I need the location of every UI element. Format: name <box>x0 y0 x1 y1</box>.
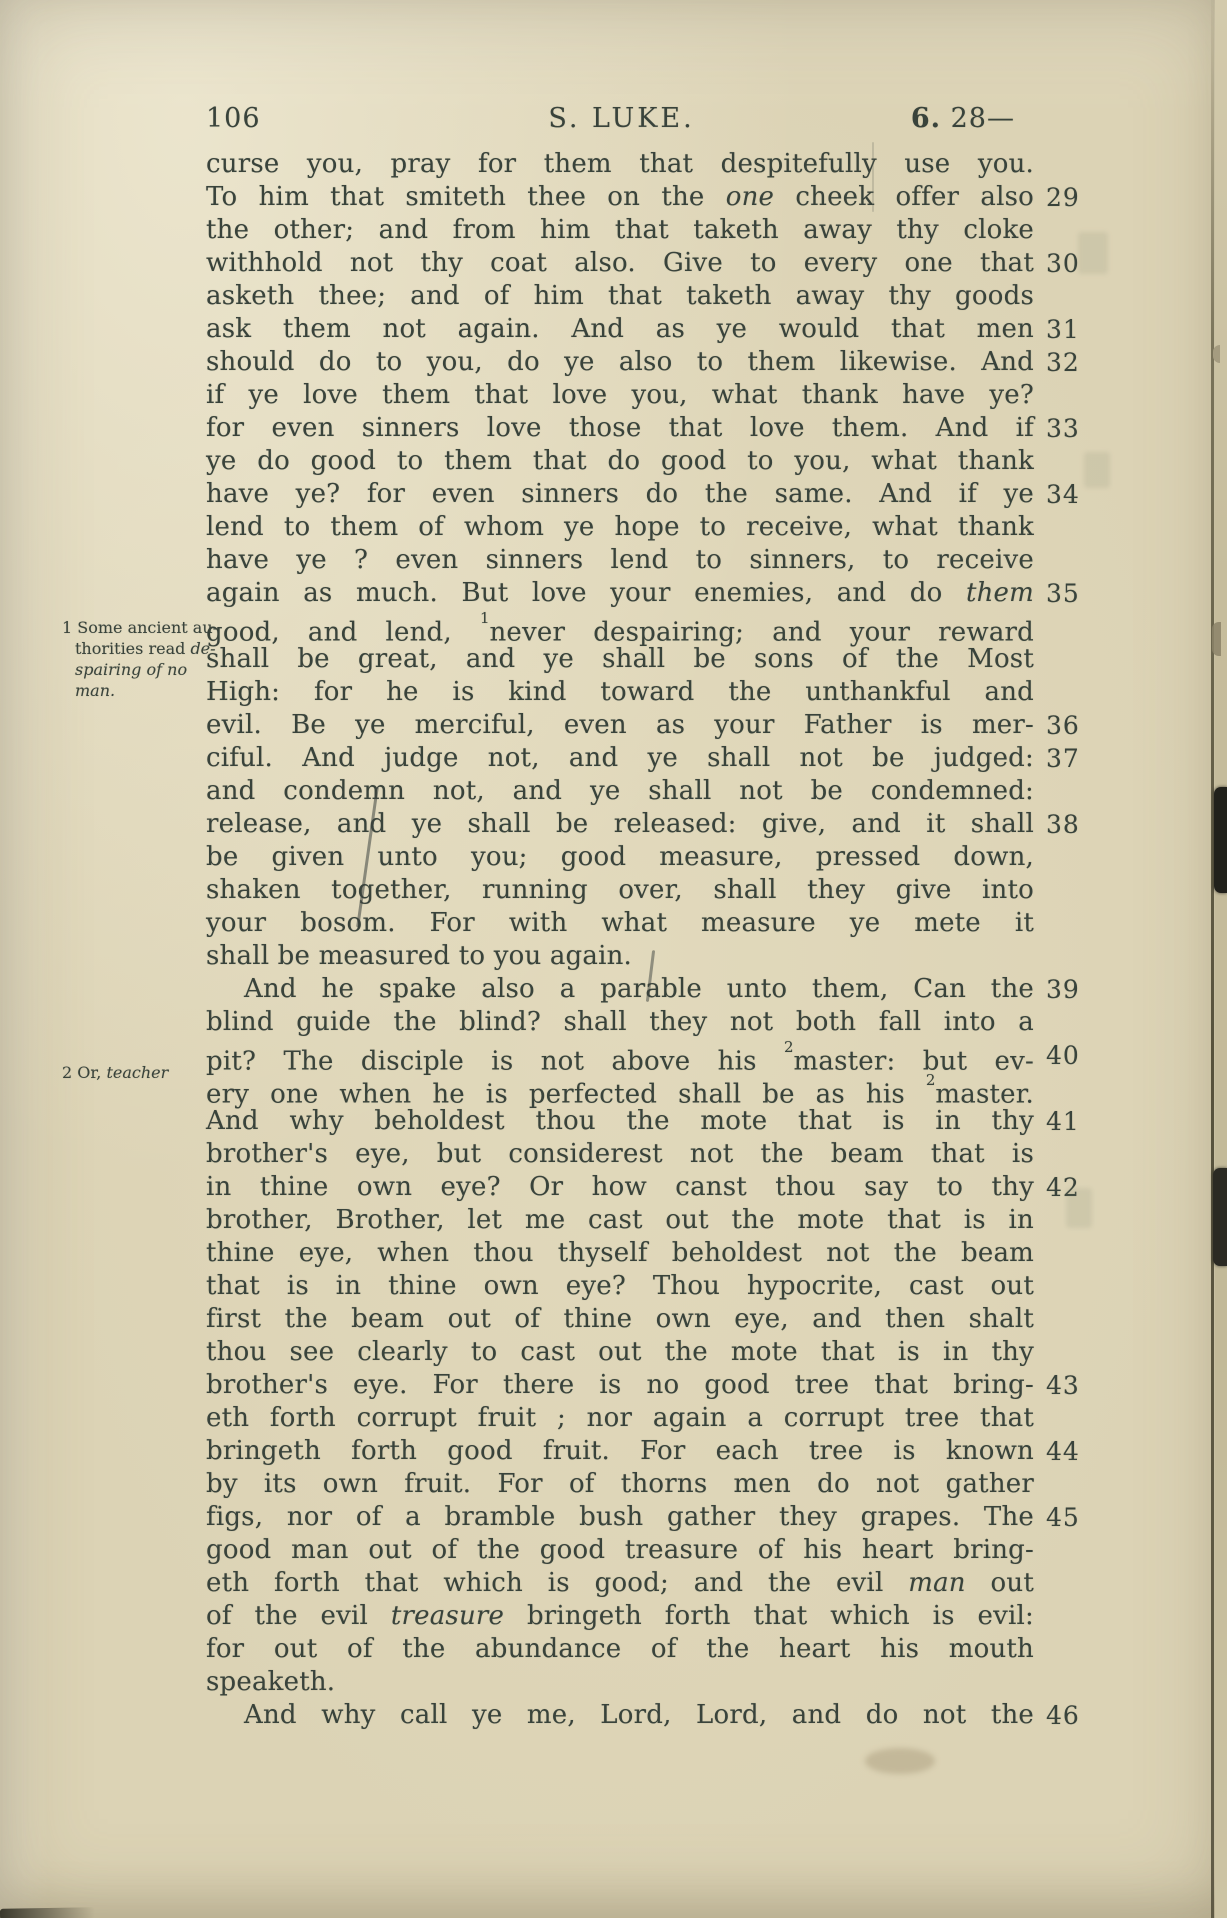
page-header: 106 S. LUKE. 6. 28— <box>0 103 1227 139</box>
text-line: be given unto you; good measure, pressed… <box>206 841 1037 874</box>
text-line-content: eth forth corrupt fruit ; nor again a co… <box>206 1402 1034 1435</box>
text-line: blind guide the blind? shall they not bo… <box>206 1006 1037 1039</box>
paper-stain <box>865 1748 935 1774</box>
text-line: ciful. And judge not, and ye shall not b… <box>206 742 1037 775</box>
verse-number: 39 <box>1046 973 1080 1006</box>
text-line-content: High: for he is kind toward the unthankf… <box>206 676 1034 709</box>
text-line: again as much. But love your enemies, an… <box>206 577 1037 610</box>
text-line-content: brother's eye. For there is no good tree… <box>206 1369 1034 1402</box>
text-line-content: And why call ye me, Lord, Lord, and do n… <box>206 1699 1034 1732</box>
verse-number: 36 <box>1046 709 1080 742</box>
verse-number: 44 <box>1046 1435 1080 1468</box>
text-line-content: release, and ye shall be released: give,… <box>206 808 1034 841</box>
text-line-content: And he spake also a parable unto them, C… <box>206 973 1034 1006</box>
text-line-content: ye do good to them that do good to you, … <box>206 445 1034 478</box>
verse-number: 31 <box>1046 313 1080 346</box>
text-line-content: of the evil treasure bringeth forth that… <box>206 1600 1034 1633</box>
text-line-content: for out of the abundance of the heart hi… <box>206 1633 1034 1666</box>
text-column: curse you, pray for them that despiteful… <box>206 148 1037 1732</box>
text-line: And why beholdest thou the mote that is … <box>206 1105 1037 1138</box>
text-line: eth forth corrupt fruit ; nor again a co… <box>206 1402 1037 1435</box>
text-line: and condemn not, and ye shall not be con… <box>206 775 1037 808</box>
text-line-content: first the beam out of thine own eye, and… <box>206 1303 1034 1336</box>
text-line-content: brother, Brother, let me cast out the mo… <box>206 1204 1034 1237</box>
bleed-through-ghost <box>1066 1188 1092 1228</box>
margin-note-line: spairing of no <box>62 659 242 680</box>
text-line: thine eye, when thou thyself beholdest n… <box>206 1237 1037 1270</box>
text-line: brother's eye. For there is no good tree… <box>206 1369 1037 1402</box>
text-line: asketh thee; and of him that taketh away… <box>206 280 1037 313</box>
text-line: To him that smiteth thee on the one chee… <box>206 181 1037 214</box>
bleed-through-ghost <box>1084 452 1110 488</box>
text-line-content: ciful. And judge not, and ye shall not b… <box>206 742 1034 775</box>
text-line: withhold not thy coat also. Give to ever… <box>206 247 1037 280</box>
text-line-content: have ye ? even sinners lend to sinners, … <box>206 544 1034 577</box>
text-line: figs, nor of a bramble bush gather they … <box>206 1501 1037 1534</box>
text-line-content: figs, nor of a bramble bush gather they … <box>206 1501 1034 1534</box>
text-line-content: in thine own eye? Or how canst thou say … <box>206 1171 1034 1204</box>
text-line-content: shall be measured to you again. <box>206 940 1034 973</box>
verse-number: 41 <box>1046 1105 1080 1138</box>
text-line-content: eth forth that which is good; and the ev… <box>206 1567 1034 1600</box>
text-line: have ye? for even sinners do the same. A… <box>206 478 1037 511</box>
verse-number: 38 <box>1046 808 1080 841</box>
text-line: eth forth that which is good; and the ev… <box>206 1567 1037 1600</box>
book-page-scan: 106 S. LUKE. 6. 28— curse you, pray for … <box>0 0 1227 1918</box>
text-line-content: good man out of the good treasure of his… <box>206 1534 1034 1567</box>
verse-number: 33 <box>1046 412 1080 445</box>
text-line: pit? The disciple is not above his 2mast… <box>206 1039 1037 1072</box>
text-line: shall be great, and ye shall be sons of … <box>206 643 1037 676</box>
faint-crease-mark <box>872 142 874 212</box>
text-line: evil. Be ye merciful, even as your Fathe… <box>206 709 1037 742</box>
text-line: good, and lend, 1never despairing; and y… <box>206 610 1037 643</box>
text-line-content: speaketh. <box>206 1666 1034 1699</box>
bleed-through-ghost <box>1078 232 1108 274</box>
text-line-content: your bosom. For with what measure ye met… <box>206 907 1034 940</box>
text-line: release, and ye shall be released: give,… <box>206 808 1037 841</box>
page-edge-dark-blob <box>1213 1168 1227 1266</box>
page-edge-small-mark <box>1213 345 1220 363</box>
text-line-content: for even sinners love those that love th… <box>206 412 1034 445</box>
text-line: shall be measured to you again. <box>206 940 1037 973</box>
text-line-content: that is in thine own eye? Thou hypocrite… <box>206 1270 1034 1303</box>
text-line: for even sinners love those that love th… <box>206 412 1037 445</box>
verse-number: 46 <box>1046 1699 1080 1732</box>
verse-number: 32 <box>1046 346 1080 379</box>
margin-note-line: 2 Or, teacher <box>62 1062 242 1083</box>
verse-number: 30 <box>1046 247 1080 280</box>
page-edge-strip <box>1215 0 1227 1918</box>
text-line: thou see clearly to cast out the mote th… <box>206 1336 1037 1369</box>
text-line: brother, Brother, let me cast out the mo… <box>206 1204 1037 1237</box>
margin-note-line: 1 Some ancient au- <box>62 617 242 638</box>
text-line: And why call ye me, Lord, Lord, and do n… <box>206 1699 1037 1732</box>
text-line: bringeth forth good fruit. For each tree… <box>206 1435 1037 1468</box>
bottom-left-edge-shadow <box>0 1907 95 1918</box>
text-line-content: shall be great, and ye shall be sons of … <box>206 643 1034 676</box>
text-line: speaketh. <box>206 1666 1037 1699</box>
text-line: if ye love them that love you, what than… <box>206 379 1037 412</box>
text-line: of the evil treasure bringeth forth that… <box>206 1600 1037 1633</box>
text-line-content: withhold not thy coat also. Give to ever… <box>206 247 1034 280</box>
text-line-content: asketh thee; and of him that taketh away… <box>206 280 1034 313</box>
text-line-content: bringeth forth good fruit. For each tree… <box>206 1435 1034 1468</box>
text-line: brother's eye, but considerest not the b… <box>206 1138 1037 1171</box>
text-line: curse you, pray for them that despiteful… <box>206 148 1037 181</box>
margin-note-line: man. <box>62 680 242 701</box>
text-line: ask them not again. And as ye would that… <box>206 313 1037 346</box>
verse-number: 43 <box>1046 1369 1080 1402</box>
text-line: have ye ? even sinners lend to sinners, … <box>206 544 1037 577</box>
text-line-content: again as much. But love your enemies, an… <box>206 577 1034 610</box>
page-edge-dark-blob <box>1214 787 1227 893</box>
verse-number: 29 <box>1046 181 1080 214</box>
text-line-content: lend to them of whom ye hope to receive,… <box>206 511 1034 544</box>
text-line: your bosom. For with what measure ye met… <box>206 907 1037 940</box>
text-line-content: And why beholdest thou the mote that is … <box>206 1105 1034 1138</box>
text-line: should do to you, do ye also to them lik… <box>206 346 1037 379</box>
verse-range: 28— <box>941 103 1015 134</box>
text-line: by its own fruit. For of thorns men do n… <box>206 1468 1037 1501</box>
verse-number: 37 <box>1046 742 1080 775</box>
text-line-content: have ye? for even sinners do the same. A… <box>206 478 1034 511</box>
text-line-content: shaken together, running over, shall the… <box>206 874 1034 907</box>
text-line: ye do good to them that do good to you, … <box>206 445 1037 478</box>
verse-number: 35 <box>1046 577 1080 610</box>
verse-number: 45 <box>1046 1501 1080 1534</box>
text-line: High: for he is kind toward the unthankf… <box>206 676 1037 709</box>
text-line-content: thine eye, when thou thyself beholdest n… <box>206 1237 1034 1270</box>
text-line-content: brother's eye, but considerest not the b… <box>206 1138 1034 1171</box>
text-line: ery one when he is perfected shall be as… <box>206 1072 1037 1105</box>
text-line-content: should do to you, do ye also to them lik… <box>206 346 1034 379</box>
text-line-content: curse you, pray for them that despiteful… <box>206 148 1034 181</box>
text-line: in thine own eye? Or how canst thou say … <box>206 1171 1037 1204</box>
text-line: And he spake also a parable unto them, C… <box>206 973 1037 1006</box>
page-edge-gray-mark <box>1212 622 1221 656</box>
margin-note-2: 2 Or, teacher <box>62 1062 242 1083</box>
text-line-content: ask them not again. And as ye would that… <box>206 313 1034 346</box>
text-line: that is in thine own eye? Thou hypocrite… <box>206 1270 1037 1303</box>
verse-number: 40 <box>1046 1039 1080 1072</box>
text-line: first the beam out of thine own eye, and… <box>206 1303 1037 1336</box>
text-line-content: be given unto you; good measure, pressed… <box>206 841 1034 874</box>
text-line-content: blind guide the blind? shall they not bo… <box>206 1006 1034 1039</box>
text-line-content: by its own fruit. For of thorns men do n… <box>206 1468 1034 1501</box>
margin-note-line: thorities read de- <box>62 638 242 659</box>
verse-number: 34 <box>1046 478 1080 511</box>
text-line: lend to them of whom ye hope to receive,… <box>206 511 1037 544</box>
text-line: the other; and from him that taketh away… <box>206 214 1037 247</box>
text-line-content: and condemn not, and ye shall not be con… <box>206 775 1034 808</box>
text-line-content: if ye love them that love you, what than… <box>206 379 1034 412</box>
margin-note-1: 1 Some ancient au-thorities read de-spai… <box>62 617 242 701</box>
chapter-verse-reference: 6. 28— <box>911 103 1015 134</box>
text-line-content: the other; and from him that taketh away… <box>206 214 1034 247</box>
text-line-content: evil. Be ye merciful, even as your Fathe… <box>206 709 1034 742</box>
page-edge-line <box>1211 0 1214 1918</box>
text-line: good man out of the good treasure of his… <box>206 1534 1037 1567</box>
text-line-content: To him that smiteth thee on the one chee… <box>206 181 1034 214</box>
text-line: shaken together, running over, shall the… <box>206 874 1037 907</box>
text-line: for out of the abundance of the heart hi… <box>206 1633 1037 1666</box>
chapter-number: 6. <box>911 103 941 134</box>
text-line-content: thou see clearly to cast out the mote th… <box>206 1336 1034 1369</box>
